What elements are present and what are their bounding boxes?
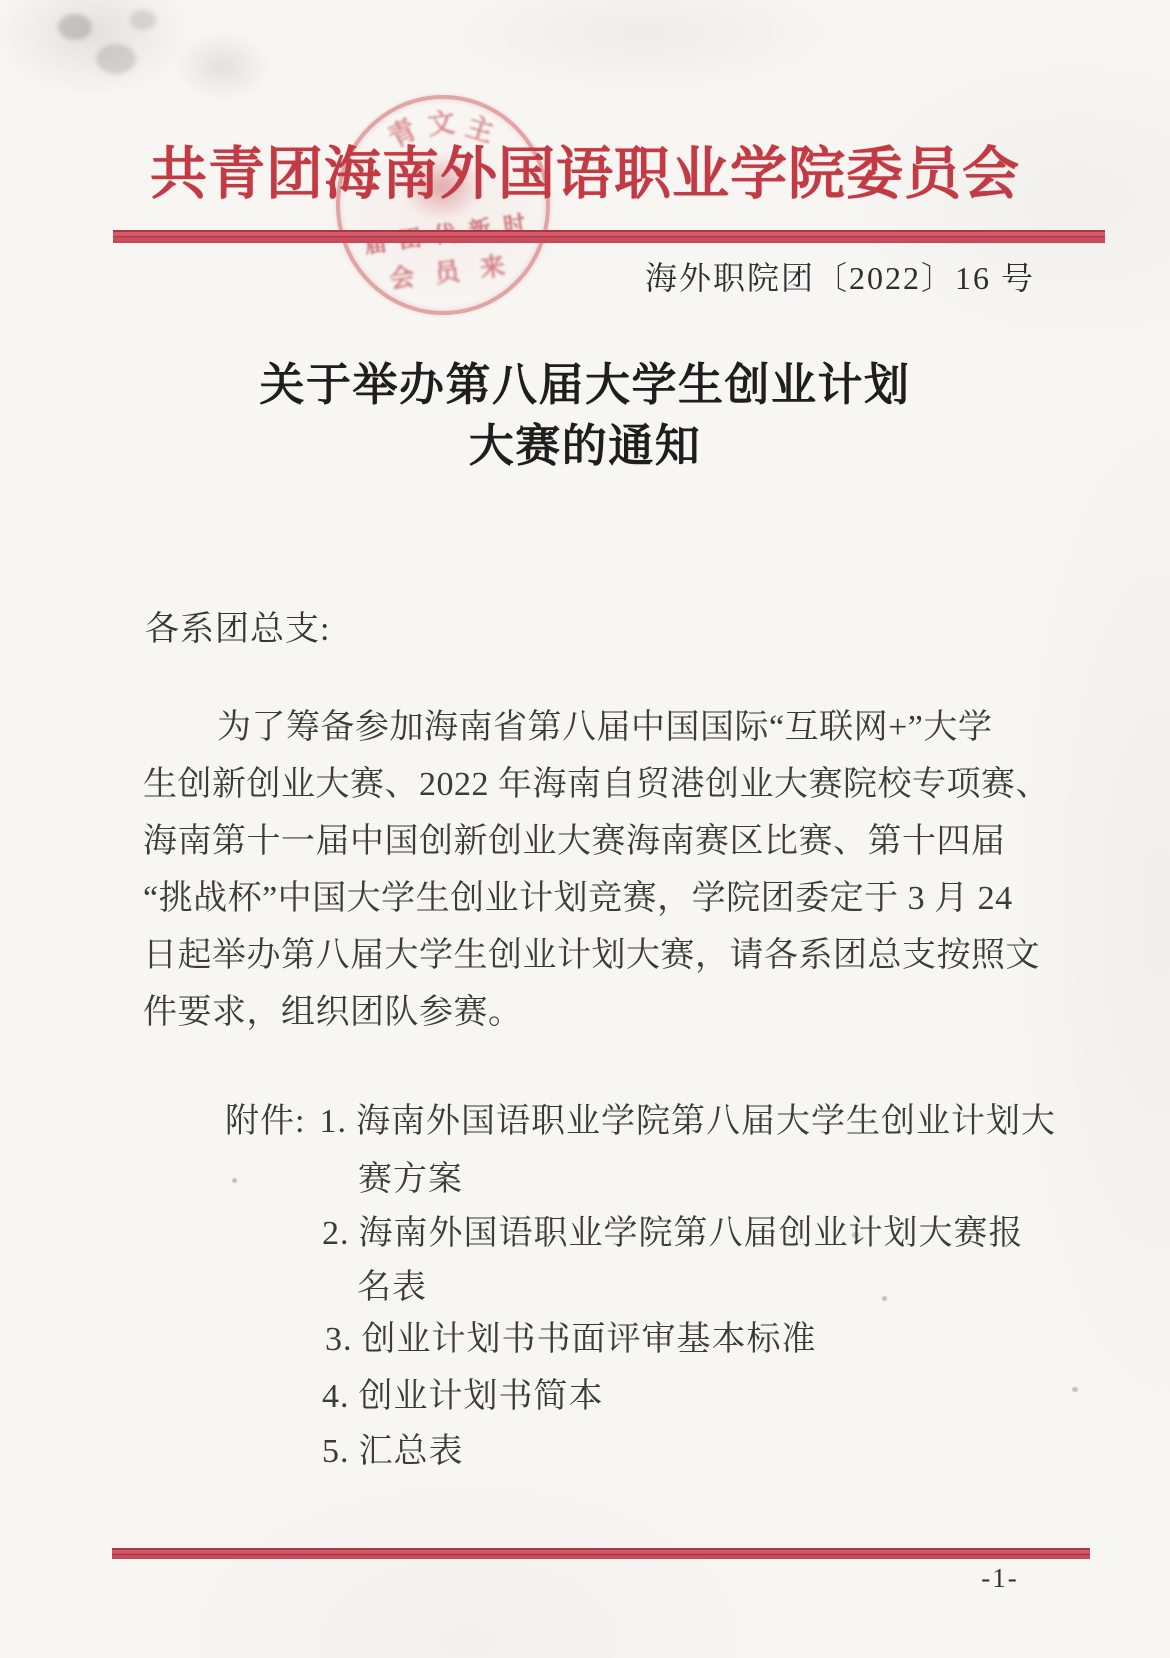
seal-character: 会 — [387, 257, 416, 296]
attachment-number: 3. — [325, 1321, 353, 1358]
attachments-label: 附件: — [225, 1103, 305, 1140]
attachment-number: 2. — [322, 1215, 350, 1252]
attachment-row: 2.海南外国语职业学院第八届创业计划大赛报 — [322, 1212, 1024, 1256]
letterhead-org-title: 共青团海南外国语职业学院委员会 — [0, 128, 1170, 210]
attachment-row: 4.创业计划书简本 — [322, 1375, 604, 1419]
body-paragraph: 为了筹备参加海南省第八届中国国际“互联网+”大学 生创新创业大赛、2022 年海… — [143, 699, 1048, 1041]
scan-speck — [1072, 1387, 1078, 1392]
attachment-number: 4. — [322, 1378, 350, 1415]
body-line: 海南第十一届中国创新创业大赛海南赛区比赛、第十四届 — [143, 813, 1048, 870]
attachment-text: 名表 — [357, 1269, 427, 1306]
footer-red-rule — [112, 1548, 1090, 1559]
scan-noise — [96, 44, 136, 74]
notice-title-line1: 关于举办第八届大学生创业计划 — [0, 355, 1170, 416]
scan-noise — [130, 10, 156, 30]
attachment-row-continuation: 赛方案 — [358, 1158, 463, 1202]
body-line: “挑战杯”中国大学生创业计划竞赛，学院团委定于 3 月 24 — [143, 870, 1048, 927]
scanned-document-page: 青 文 主 届 团 代 新 时 会 员 来 共青团海南外国语职业学院委员会 海外… — [0, 0, 1170, 1658]
attachment-text: 汇总表 — [359, 1433, 464, 1470]
seal-character: 员 — [432, 252, 461, 291]
attachment-text: 海南外国语职业学院第八届大学生创业计划大 — [356, 1103, 1056, 1140]
attachment-row: 附件:1.海南外国语职业学院第八届大学生创业计划大 — [225, 1100, 1056, 1144]
body-line: 为了筹备参加海南省第八届中国国际“互联网+”大学 — [143, 699, 1048, 756]
letterhead-red-rule — [113, 230, 1105, 243]
body-line: 件要求，组织团队参赛。 — [143, 984, 1048, 1041]
notice-title-line2: 大赛的通知 — [0, 416, 1170, 477]
attachment-row-continuation: 名表 — [357, 1266, 427, 1310]
attachment-text: 赛方案 — [358, 1161, 463, 1198]
attachment-number: 5. — [322, 1433, 350, 1470]
attachment-text: 创业计划书简本 — [359, 1378, 604, 1415]
seal-character: 来 — [477, 246, 506, 285]
attachment-text: 海南外国语职业学院第八届创业计划大赛报 — [359, 1215, 1024, 1252]
salutation: 各系团总支: — [145, 601, 330, 650]
attachment-number: 1. — [319, 1103, 347, 1140]
attachment-text: 创业计划书书面评审基本标准 — [362, 1321, 817, 1358]
attachment-row: 5.汇总表 — [322, 1430, 464, 1474]
body-line: 日起举办第八届大学生创业计划大赛，请各系团总支按照文 — [143, 927, 1048, 984]
scan-speck — [882, 1296, 887, 1301]
document-number: 海外职院团〔2022〕16 号 — [645, 253, 1035, 299]
scan-speck — [232, 1178, 237, 1183]
attachment-row: 3.创业计划书书面评审基本标准 — [325, 1318, 817, 1362]
notice-title: 关于举办第八届大学生创业计划 大赛的通知 — [0, 355, 1170, 477]
scan-noise — [58, 14, 92, 40]
page-number: -1- — [940, 1563, 1060, 1594]
body-line: 生创新创业大赛、2022 年海南自贸港创业大赛院校专项赛、 — [143, 756, 1048, 813]
